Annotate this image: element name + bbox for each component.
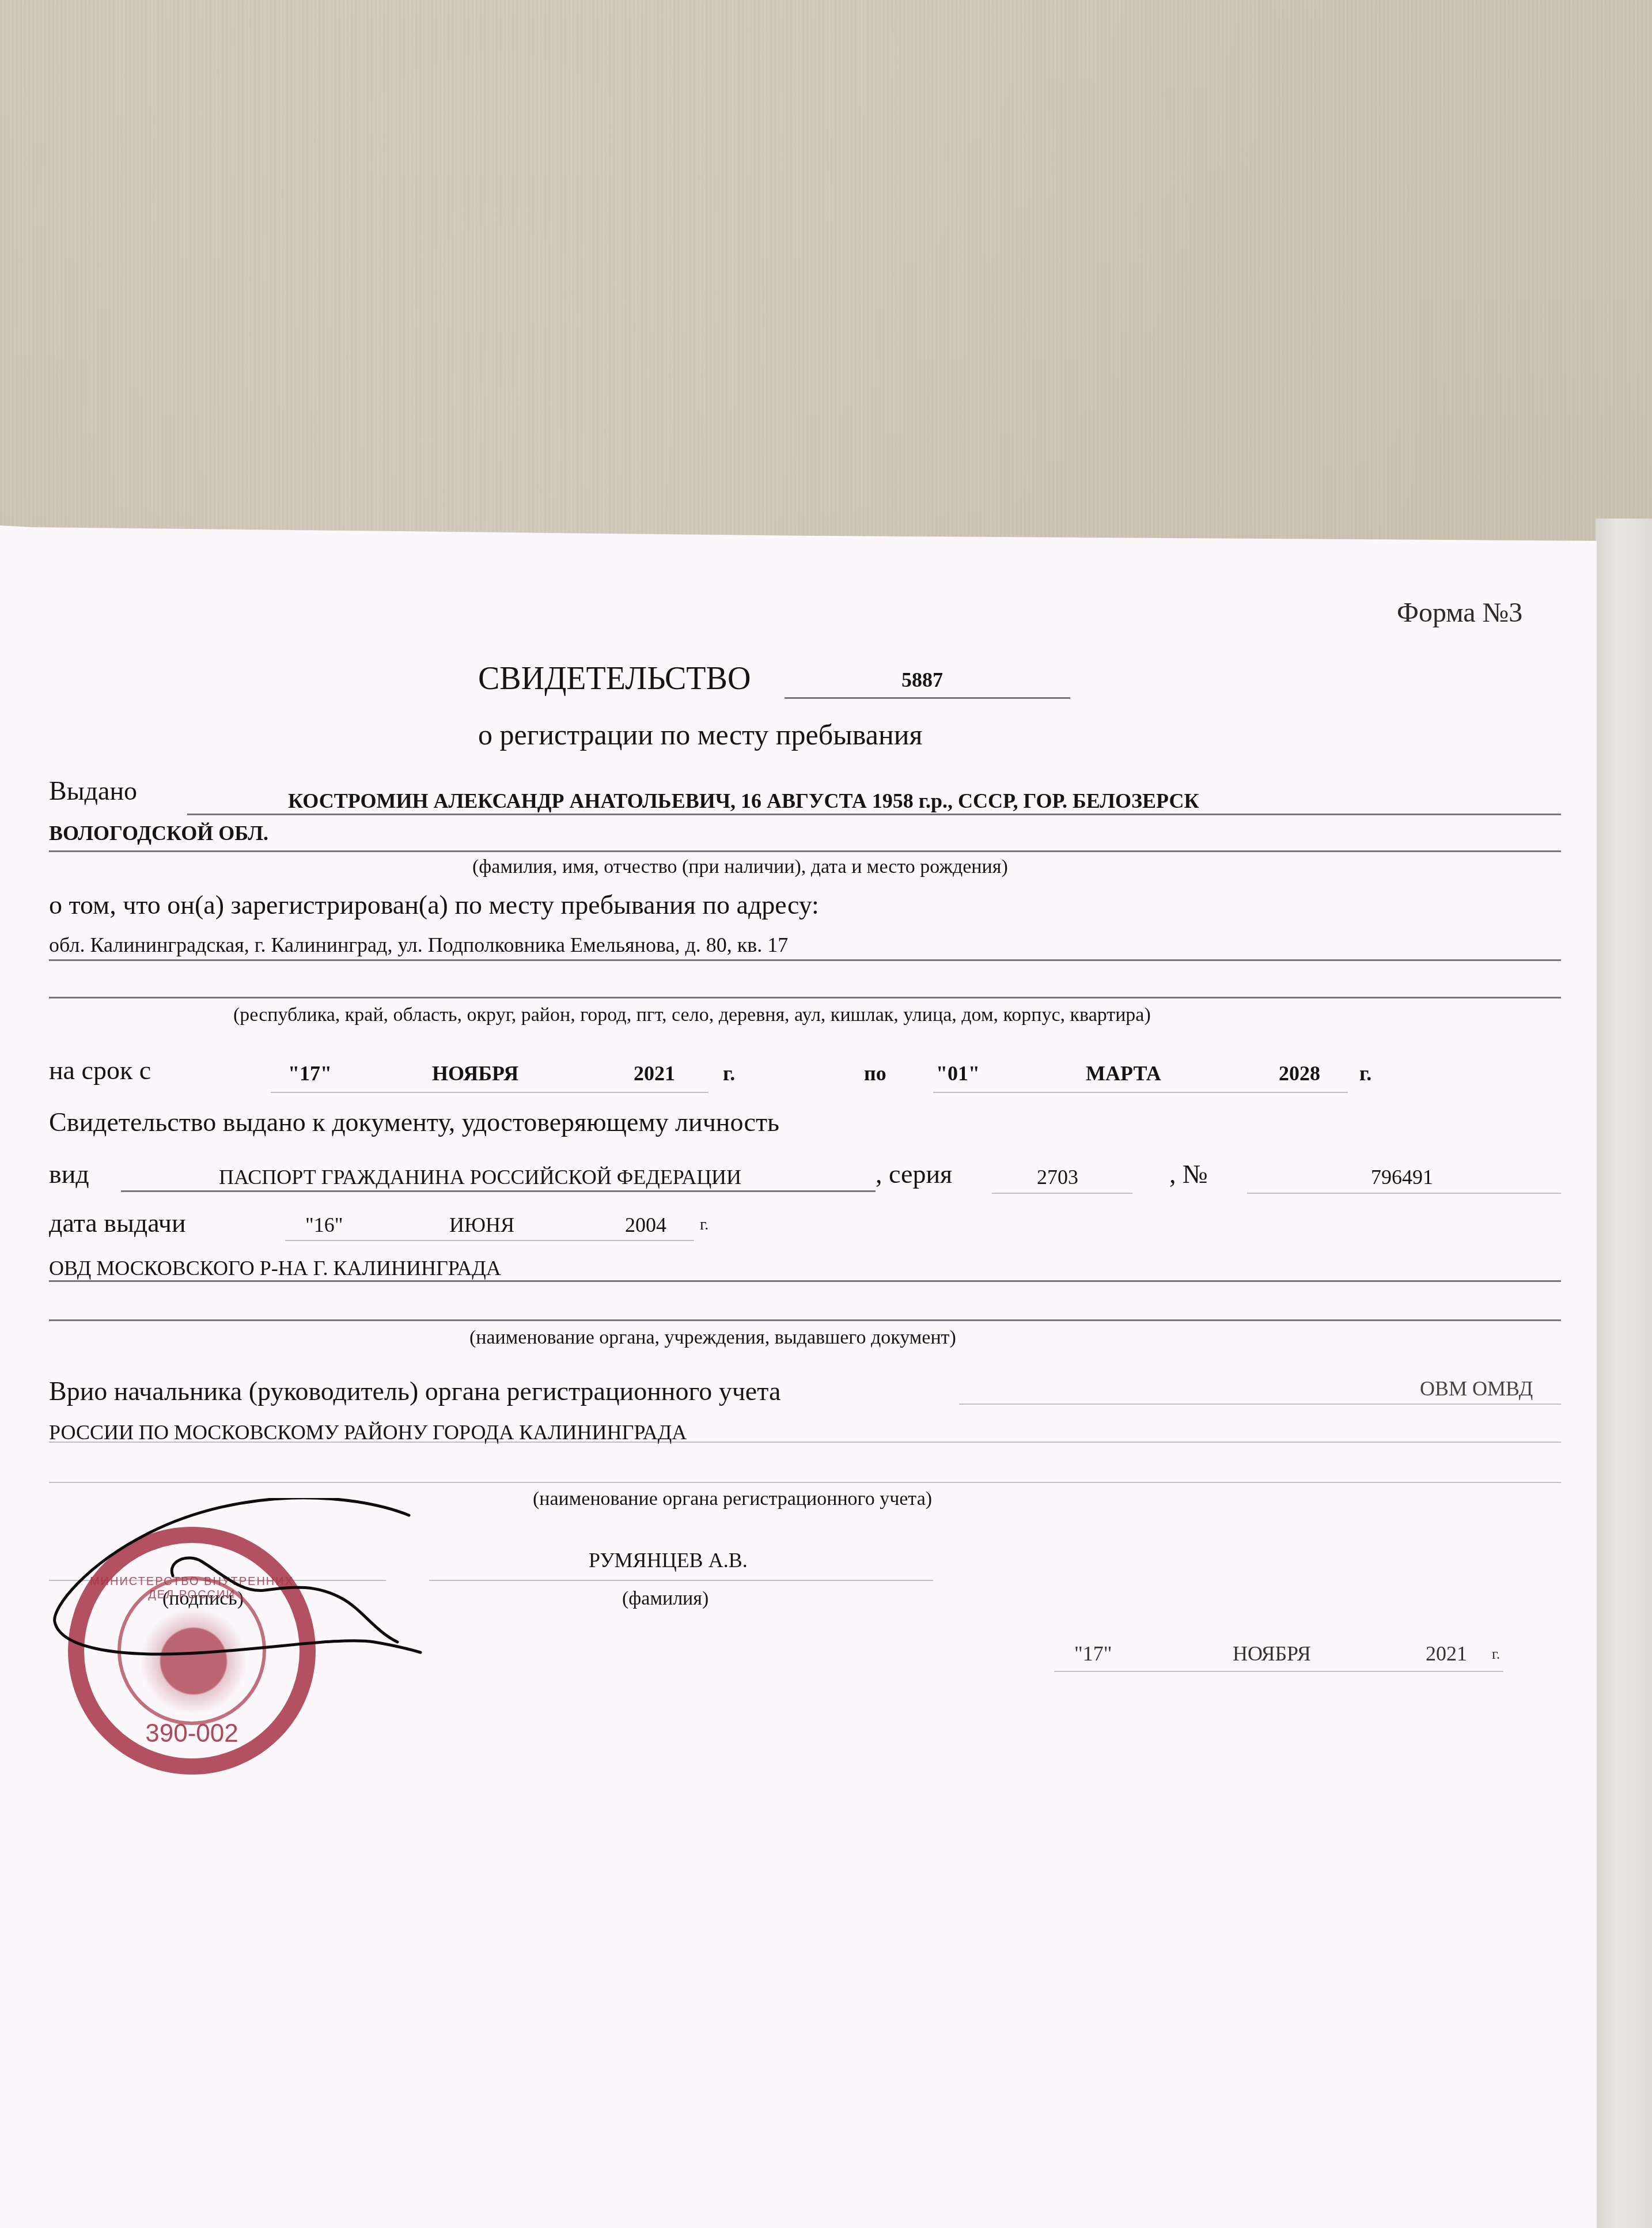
doc-number-underline [1247, 1193, 1561, 1194]
signature-date-day: "17" [1074, 1643, 1112, 1664]
address-underline-1 [49, 959, 1561, 961]
issuer-underline-2 [49, 1319, 1561, 1321]
period-from-day: "17" [288, 1063, 332, 1084]
issued-to-line1: КОСТРОМИН АЛЕКСАНДР АНАТОЛЬЕВИЧ, 16 АВГУ… [288, 790, 1199, 811]
authority-label: Врио начальника (руководитель) органа ре… [49, 1378, 780, 1405]
signature-date-underline [1054, 1671, 1503, 1672]
period-from-year: 2021 [634, 1063, 675, 1084]
issue-date-underline [285, 1240, 694, 1241]
authority-underline-3 [49, 1482, 1561, 1483]
surname-underline [429, 1580, 933, 1581]
doc-number-label: , № [1169, 1161, 1208, 1187]
issue-year: 2004 [625, 1215, 666, 1235]
issued-to-line2: ВОЛОГОДСКОЙ ОБЛ. [49, 823, 268, 843]
stamp-number: 390-002 [84, 1719, 300, 1748]
issuer-value: ОВД МОСКОВСКОГО Р-НА Г. КАЛИНИНГРАДА [49, 1258, 501, 1278]
authority-underline-2 [49, 1442, 1561, 1443]
document-title: СВИДЕТЕЛЬСТВО [478, 663, 751, 695]
identity-intro: Свидетельство выдано к документу, удосто… [49, 1109, 779, 1136]
period-from-year-suffix: г. [723, 1063, 735, 1084]
address-hint: (республика, край, область, округ, район… [233, 1005, 1151, 1025]
signature-date-year: 2021 [1426, 1643, 1467, 1664]
period-to-year: 2028 [1279, 1063, 1320, 1084]
doc-type-value: ПАСПОРТ ГРАЖДАНИНА РОССИЙСКОЙ ФЕДЕРАЦИИ [219, 1167, 741, 1187]
signature-date-suffix: г. [1492, 1647, 1500, 1662]
issuer-underline-1 [49, 1280, 1561, 1282]
issue-date-label: дата выдачи [49, 1210, 186, 1236]
doc-type-label: вид [49, 1161, 89, 1187]
address-underline-2 [49, 997, 1561, 998]
period-label: на срок с [49, 1057, 151, 1084]
doc-type-underline [121, 1190, 876, 1192]
document-subtitle: о регистрации по месту пребывания [478, 720, 922, 749]
signature-date-month: НОЯБРЯ [1233, 1643, 1311, 1664]
doc-number-value: 796491 [1371, 1167, 1433, 1187]
issued-to-hint: (фамилия, имя, отчество (при наличии), д… [472, 857, 1008, 877]
doc-series-underline [992, 1193, 1132, 1194]
issuer-hint: (наименование органа, учреждения, выдавш… [469, 1328, 956, 1348]
authority-hint: (наименование органа регистрационного уч… [533, 1489, 932, 1509]
handwritten-signature-icon [52, 1498, 432, 1682]
authority-underline-1 [959, 1404, 1561, 1405]
issue-year-suffix: г. [700, 1217, 708, 1233]
issued-to-underline-2 [49, 850, 1561, 852]
registration-statement: о том, что он(а) зарегистрирован(а) по м… [49, 892, 819, 918]
period-to-day: "01" [936, 1063, 980, 1084]
surname-hint: (фамилия) [622, 1589, 708, 1609]
background-edge [1596, 519, 1652, 2228]
authority-name-part2: РОССИИ ПО МОСКОВСКОМУ РАЙОНУ ГОРОДА КАЛИ… [49, 1422, 687, 1443]
issue-day: "16" [305, 1215, 343, 1235]
issued-to-label: Выдано [49, 778, 137, 804]
period-from-month: НОЯБРЯ [432, 1063, 518, 1084]
authority-name-part1: ОВМ ОМВД [1420, 1378, 1533, 1399]
form-label: Форма №3 [1397, 599, 1522, 627]
period-to-label: по [864, 1063, 886, 1084]
period-to-month: МАРТА [1086, 1063, 1161, 1084]
period-from-underline [271, 1092, 708, 1093]
issue-month: ИЮНЯ [449, 1215, 514, 1235]
period-to-year-suffix: г. [1359, 1063, 1371, 1084]
number-underline [785, 697, 1070, 699]
issued-to-underline-1 [187, 814, 1561, 815]
doc-series-label: , серия [876, 1161, 952, 1187]
period-to-underline [933, 1092, 1348, 1093]
doc-series-value: 2703 [1037, 1167, 1078, 1187]
signatory-surname: РУМЯНЦЕВ А.В. [589, 1550, 748, 1571]
certificate-number: 5887 [901, 669, 943, 690]
registration-address: обл. Калининградская, г. Калининград, ул… [49, 935, 788, 955]
